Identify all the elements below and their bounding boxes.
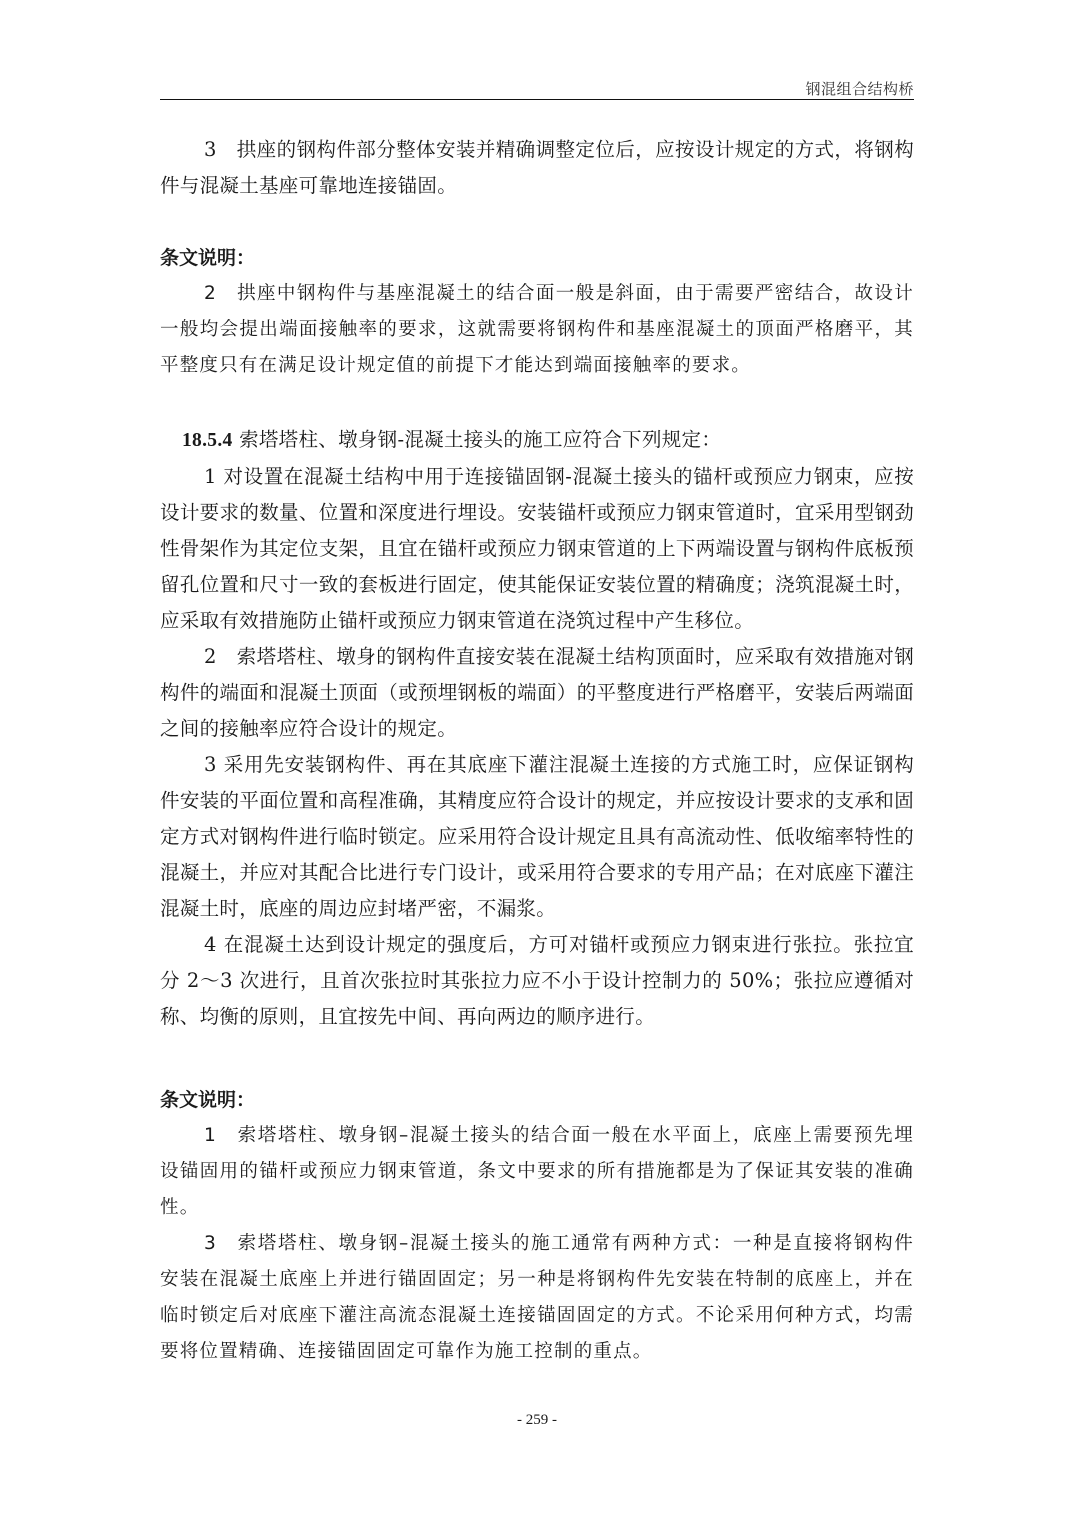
commentary-title: 条文说明： (160, 240, 914, 276)
clause-18-5-4: 18.5.4 索塔塔柱、墩身钢-混凝土接头的施工应符合下列规定： 1 对设置在混… (160, 422, 914, 1035)
paragraph: 3 拱座的钢构件部分整体安装并精确调整定位后，应按设计规定的方式，将钢构件与混凝… (160, 132, 914, 204)
running-header: 钢混组合结构桥 (805, 78, 914, 99)
clause-item-1: 1 对设置在混凝土结构中用于连接锚固钢-混凝土接头的锚杆或预应力钢束，应按设计要… (160, 459, 914, 639)
clause-item-4: 4 在混凝土达到设计规定的强度后，方可对锚杆或预应力钢束进行张拉。张拉宜分 2～… (160, 927, 914, 1035)
clause-number: 18.5.4 (182, 430, 233, 451)
commentary-paragraph: 2 拱座中钢构件与基座混凝土的结合面一般是斜面，由于需要严密结合，故设计一般均会… (160, 276, 914, 384)
commentary-block-2: 条文说明： 1 索塔塔柱、墩身钢–混凝土接头的结合面一般在水平面上，底座上需要预… (160, 1082, 914, 1370)
commentary-title: 条文说明： (160, 1082, 914, 1118)
clause-heading-text: 索塔塔柱、墩身钢-混凝土接头的施工应符合下列规定： (239, 428, 721, 451)
commentary-block-1: 条文说明： 2 拱座中钢构件与基座混凝土的结合面一般是斜面，由于需要严密结合，故… (160, 240, 914, 384)
clause-item-2: 2 索塔塔柱、墩身的钢构件直接安装在混凝土结构顶面时，应采取有效措施对钢构件的端… (160, 639, 914, 747)
commentary-paragraph: 3 索塔塔柱、墩身钢–混凝土接头的施工通常有两种方式：一种是直接将钢构件安装在混… (160, 1226, 914, 1370)
page-number: - 259 - (160, 1412, 914, 1429)
item-3-arch-seat: 3 拱座的钢构件部分整体安装并精确调整定位后，应按设计规定的方式，将钢构件与混凝… (160, 132, 914, 204)
commentary-paragraph: 1 索塔塔柱、墩身钢–混凝土接头的结合面一般在水平面上，底座上需要预先埋设锚固用… (160, 1118, 914, 1226)
header-rule (160, 99, 914, 100)
clause-item-3: 3 采用先安装钢构件、再在其底座下灌注混凝土连接的方式施工时，应保证钢构件安装的… (160, 747, 914, 927)
clause-heading: 18.5.4 索塔塔柱、墩身钢-混凝土接头的施工应符合下列规定： (160, 422, 914, 459)
